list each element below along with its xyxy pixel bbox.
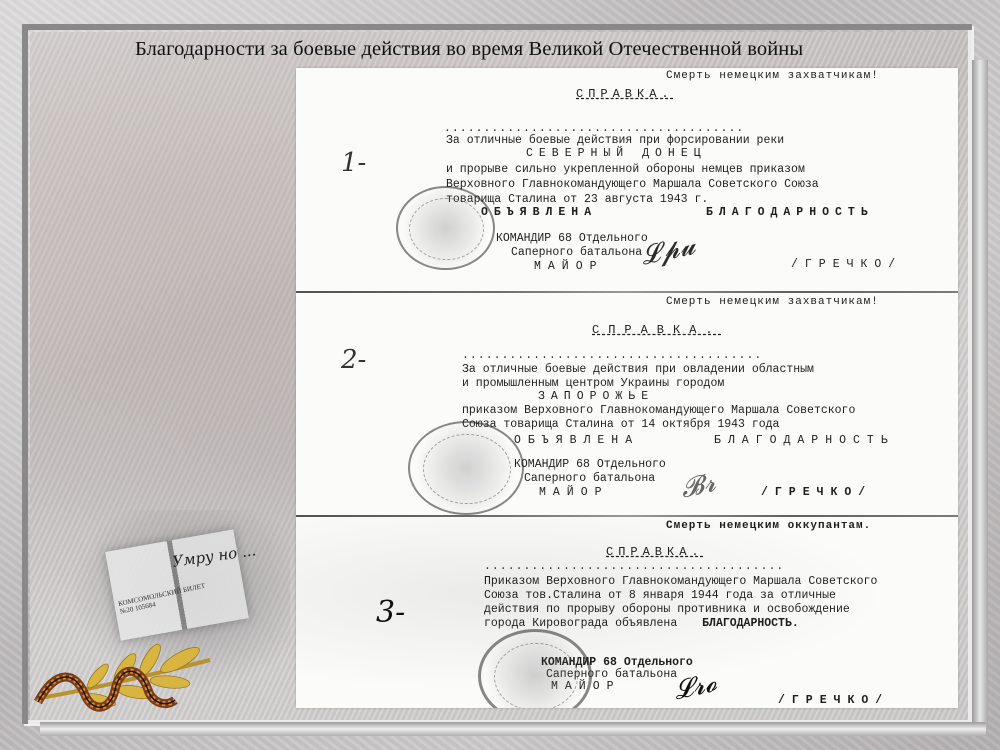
- certificate-text-line: За отличные боевые действия при форсиров…: [446, 134, 784, 147]
- gratitude-label: БЛАГОДАРНОСТЬ.: [702, 617, 799, 630]
- commander-unit: КОМАНДИР 68 Отдельного: [496, 232, 648, 245]
- certificate-date-line: Союза тов.Сталина от 8 января 1944 года …: [484, 589, 836, 602]
- commander-rank: МАЙОР: [534, 260, 604, 273]
- city-name: ЗАПОРОЖЬЕ: [538, 390, 654, 403]
- signatory-name: /ГРЕЧКО/: [791, 258, 902, 271]
- certificate-heading: СПРАВКА.: [576, 87, 674, 101]
- page-title: Благодарности за боевые действия во врем…: [135, 38, 803, 61]
- certificate-text-line: Верховного Главнокомандующего Маршала Со…: [446, 178, 819, 191]
- certificate-text-line: города Кировограда объявлена БЛАГОДАРНОС…: [484, 617, 799, 630]
- certificate-text-line: приказом Верховного Главнокомандующего М…: [462, 404, 855, 417]
- recipient-name-line: ......................................: [484, 560, 784, 573]
- name-line-dots: ......................................: [462, 349, 762, 362]
- city-announced-text: города Кировограда объявлена: [484, 617, 677, 630]
- certificates-paper: Смерть немецким захватчикам! СПРАВКА. ..…: [296, 68, 958, 708]
- laurel-ribbon-icon: [30, 640, 220, 715]
- gratitude-label: БЛАГОДАРНОСТЬ: [706, 206, 874, 219]
- certificate-text-line: действия по прорыву обороны противника и…: [484, 603, 850, 616]
- certificate-slogan: Смерть немецким захватчикам!: [666, 296, 879, 308]
- margin-number: 3-: [376, 595, 405, 630]
- certificate-text-line: и прорыве сильно укрепленной обороны нем…: [446, 163, 805, 176]
- signature-scribble: 𝓑𝓻: [678, 468, 718, 506]
- gratitude-label: БЛАГОДАРНОСТЬ: [714, 434, 895, 447]
- certificate-slogan: Смерть немецким оккупантам.: [666, 520, 871, 532]
- commander-battalion: Саперного батальона: [511, 246, 642, 259]
- official-stamp: [408, 421, 524, 515]
- commander-unit: КОМАНДИР 68 Отдельного: [514, 458, 666, 471]
- signatory-name: /ГРЕЧКО/: [761, 486, 872, 499]
- certificate-text-line: и промышленным центром Украины городом: [462, 377, 724, 390]
- komsomol-card-text: КОМСОМОЛЬСКИЙ БИЛЕТ №20 105684: [117, 582, 207, 616]
- certificate-heading: СПРАВКА.: [606, 545, 704, 559]
- certificate-text-line: За отличные боевые действия при овладени…: [462, 363, 814, 376]
- certificate-heading: СПРАВКА.: [592, 323, 722, 337]
- frame-bottom-edge: [40, 722, 986, 736]
- margin-number: 1-: [341, 148, 366, 178]
- announced-label: ОБЪЯВЛЕНА: [481, 206, 597, 219]
- signatory-name: /ГРЕЧКО/: [778, 694, 889, 707]
- certificate-text-line: Приказом Верховного Главнокомандующего М…: [484, 575, 877, 588]
- commander-battalion: Саперного батальона: [524, 472, 655, 485]
- certificate-slogan: Смерть немецким захватчикам!: [666, 70, 879, 82]
- signature-scribble: 𝓛𝓻𝓸: [671, 668, 719, 707]
- recipient-name-line: ......................................: [462, 349, 762, 362]
- certificate-2: Смерть немецким захватчикам! СПРАВКА. ..…: [296, 293, 958, 515]
- commander-rank: МАЙОР: [539, 486, 609, 499]
- official-stamp: [396, 186, 495, 270]
- certificate-1: Смерть немецким захватчикам! СПРАВКА. ..…: [296, 68, 958, 291]
- announced-label: ОБЪЯВЛЕНА: [514, 434, 639, 447]
- official-stamp: [478, 629, 592, 708]
- name-line-dots: ......................................: [484, 560, 784, 573]
- certificate-date-line: Союза товарища Сталина от 14 октября 194…: [462, 418, 779, 431]
- river-name: СЕВЕРНЫЙ ДОНЕЦ: [526, 147, 707, 160]
- certificate-3: Смерть немецким оккупантам. СПРАВКА. ...…: [296, 517, 958, 708]
- frame-right-edge: [972, 60, 988, 730]
- margin-number: 2-: [341, 345, 366, 375]
